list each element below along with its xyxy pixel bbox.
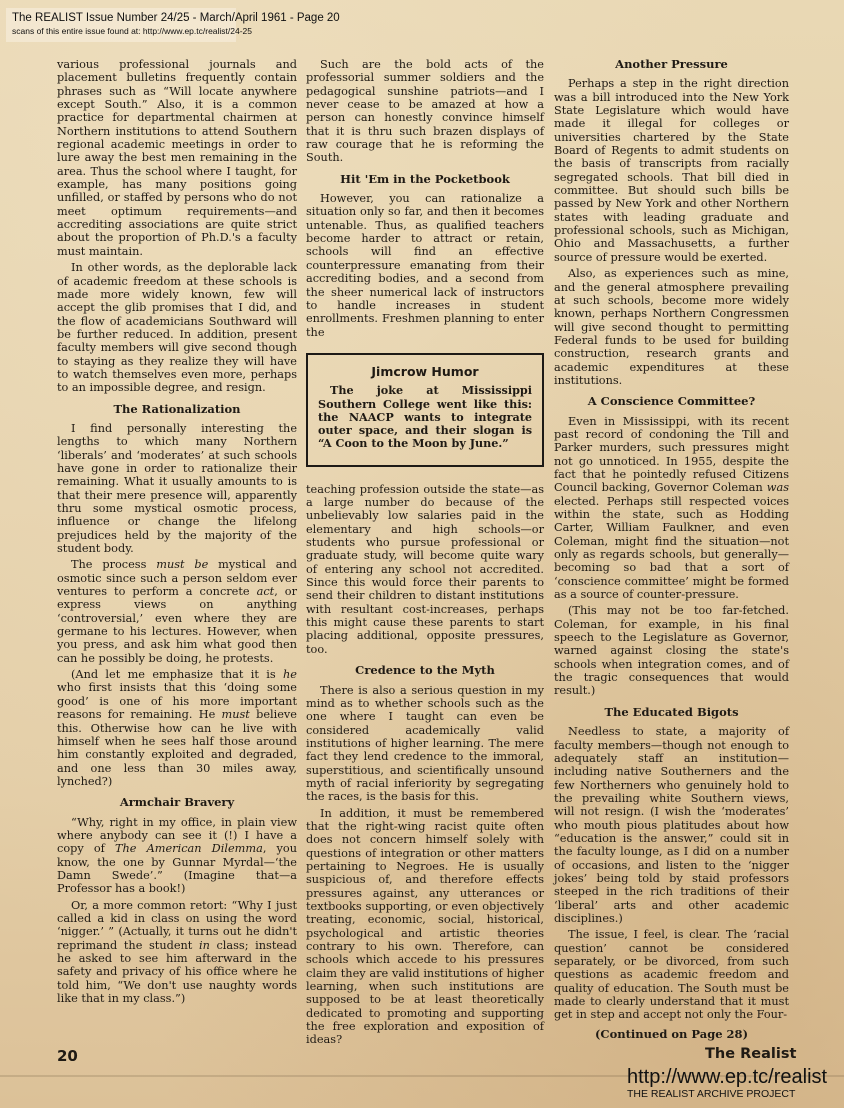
paragraph: Needless to state, a majority of faculty…: [554, 725, 789, 925]
continued-notice: (Continued on Page 28): [554, 1028, 789, 1041]
article-column-1: various professional journals and placem…: [57, 58, 297, 1008]
paragraph: teaching profession outside the state—as…: [306, 483, 544, 656]
masthead-footer: The Realist: [705, 1046, 796, 1062]
paragraph: (This may not be too far-fetched. Colema…: [554, 604, 789, 697]
paragraph: Or, a more common retort: “Why I just ca…: [57, 899, 297, 1006]
sidebar-title: Jimcrow Humor: [318, 365, 532, 378]
paragraph: I find personally interesting the length…: [57, 422, 297, 555]
archive-project-name: THE REALIST ARCHIVE PROJECT: [627, 1088, 795, 1100]
paragraph: Even in Mississippi, with its recent pas…: [554, 415, 789, 602]
paragraph: “Why, right in my office, in plain view …: [57, 816, 297, 896]
sidebar-box-jimcrow-humor: Jimcrow Humor The joke at Mississippi So…: [306, 353, 544, 467]
paragraph: However, you can rationalize a situation…: [306, 192, 544, 339]
page-number: 20: [57, 1047, 78, 1065]
issue-title: The REALIST Issue Number 24/25 - March/A…: [12, 11, 230, 25]
paragraph: The issue, I feel, is clear. The ‘racial…: [554, 928, 789, 1021]
paragraph: various professional journals and placem…: [57, 58, 297, 258]
paragraph: In addition, it must be remembered that …: [306, 807, 544, 1047]
scan-source-note: scans of this entire issue found at: htt…: [12, 25, 230, 37]
paragraph: (And let me emphasize that it is he who …: [57, 668, 297, 788]
article-column-2: Such are the bold acts of the professori…: [306, 58, 544, 1050]
paragraph: Perhaps a step in the right direction wa…: [554, 77, 789, 264]
paragraph: The process must be mystical and osmotic…: [57, 558, 297, 665]
sidebar-body: The joke at Mississippi Southern College…: [318, 384, 532, 450]
section-heading-educated-bigots: The Educated Bigots: [554, 706, 789, 719]
section-heading-pocketbook: Hit 'Em in the Pocketbook: [306, 173, 544, 186]
paragraph: There is also a serious question in my m…: [306, 684, 544, 804]
paragraph: In other words, as the deplorable lack o…: [57, 261, 297, 394]
scan-info-banner: The REALIST Issue Number 24/25 - March/A…: [6, 8, 236, 42]
article-column-3: Another Pressure Perhaps a step in the r…: [554, 58, 789, 1041]
paragraph: Such are the bold acts of the professori…: [306, 58, 544, 165]
section-heading-conscience-committee: A Conscience Committee?: [554, 395, 789, 408]
section-heading-credence: Credence to the Myth: [306, 664, 544, 677]
section-heading-rationalization: The Rationalization: [57, 403, 297, 416]
section-heading-another-pressure: Another Pressure: [554, 58, 789, 71]
archive-url-link[interactable]: http://www.ep.tc/realist: [627, 1066, 827, 1089]
section-heading-armchair-bravery: Armchair Bravery: [57, 796, 297, 809]
paragraph: Also, as experiences such as mine, and t…: [554, 267, 789, 387]
